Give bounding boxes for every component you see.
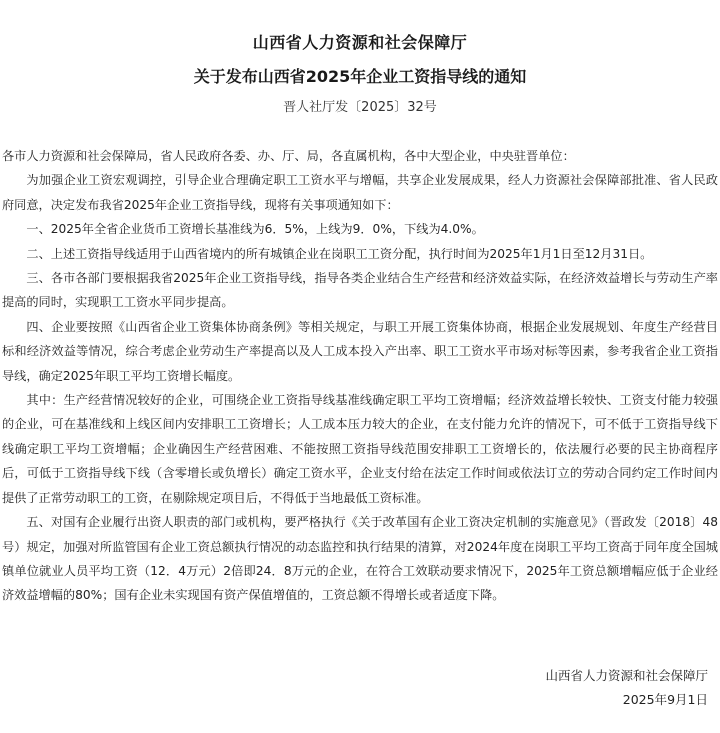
item-5-paragraph: 五、对国有企业履行出资人职责的部门或机构，要严格执行《关于改革国有企业工资决定机… xyxy=(2,510,718,608)
item-4-paragraph: 四、企业要按照《山西省企业工资集体协商条例》等相关规定，与职工开展工资集体协商，… xyxy=(2,315,718,388)
notice-body: 各市人力资源和社会保障局，省人民政府各委、办、厅、局，各直属机构，各中大型企业，… xyxy=(2,144,718,608)
item-3-paragraph: 三、各市各部门要根据我省2025年企业工资指导线，指导各类企业结合生产经营和经济… xyxy=(2,266,718,315)
notice-title: 关于发布山西省2025年企业工资指导线的通知 xyxy=(0,64,720,87)
item-4-detail-paragraph: 其中：生产经营情况较好的企业，可围绕企业工资指导线基准线确定职工平均工资增幅；经… xyxy=(2,388,718,510)
signature-date: 2025年9月1日 xyxy=(623,690,708,708)
item-1-paragraph: 一、2025年全省企业货币工资增长基准线为6．5%，上线为9．0%，下线为4.0… xyxy=(2,217,718,241)
salutation: 各市人力资源和社会保障局，省人民政府各委、办、厅、局，各直属机构，各中大型企业，… xyxy=(2,144,718,168)
intro-paragraph: 为加强企业工资宏观调控，引导企业合理确定职工工资水平与增幅，共享企业发展成果，经… xyxy=(2,168,718,217)
issuer-heading: 山西省人力资源和社会保障厅 xyxy=(0,30,720,53)
item-2-paragraph: 二、上述工资指导线适用于山西省境内的所有城镇企业在岗职工工资分配，执行时间为20… xyxy=(2,242,718,266)
document-number: 晋人社厅发〔2025〕32号 xyxy=(0,96,720,115)
signature-org: 山西省人力资源和社会保障厅 xyxy=(545,666,708,684)
